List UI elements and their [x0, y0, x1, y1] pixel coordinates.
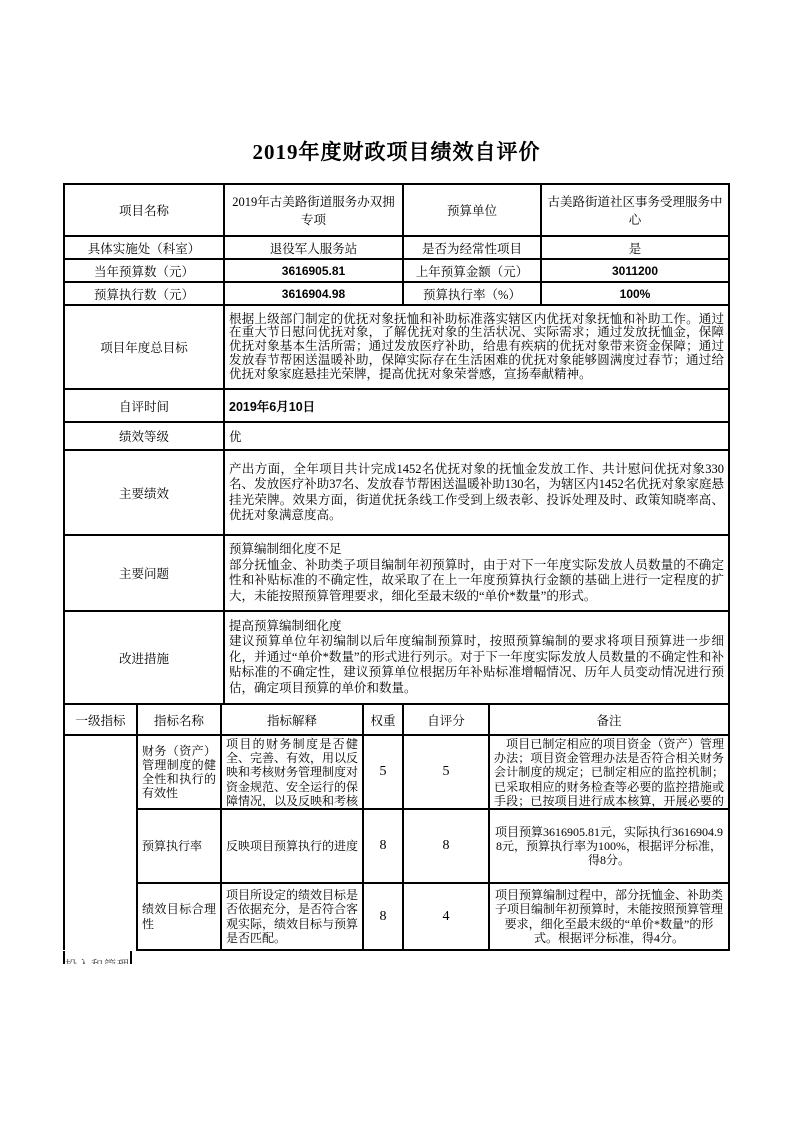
header-weight: 权重 [363, 704, 403, 735]
indicator-weight: 5 [363, 735, 403, 809]
project-name-value: 2019年古美路街道服务办双拥专项 [224, 184, 403, 236]
improvement-measures-text: 提高预算编制细化度 建议预算单位年初编制以后年度编制预算时，按照预算编制的要求将… [224, 611, 729, 704]
indicator-score: 8 [403, 809, 489, 883]
implement-dept-label: 具体实施处（科室） [64, 236, 224, 259]
table-row: 当年预算数（元） 3616905.81 上年预算金额（元） 3011200 [64, 259, 729, 282]
project-name-label: 项目名称 [64, 184, 224, 236]
self-eval-date-value: 2019年6月10日 [224, 389, 729, 422]
budget-unit-value: 古美路街道社区事务受理服务中心 [541, 184, 729, 236]
indicator-name: 财务（资产）管理制度的健全性和执行的有效性 [137, 735, 221, 809]
execution-amount-value: 3616904.98 [224, 282, 403, 305]
level1-indicator-clipped-label: 投入和管理 [65, 959, 130, 964]
page-title: 2019年度财政项目绩效自评价 [0, 136, 793, 166]
indicator-table: 一级指标 指标名称 指标解释 权重 自评分 备注 财务（资产）管理制度的健全性和… [63, 703, 730, 951]
indicator-weight: 8 [363, 883, 403, 950]
header-indicator-name: 指标名称 [137, 704, 221, 735]
indicator-name: 预算执行率 [137, 809, 221, 883]
table-row: 项目名称 2019年古美路街道服务办双拥专项 预算单位 古美路街道社区事务受理服… [64, 184, 729, 236]
indicator-row: 财务（资产）管理制度的健全性和执行的有效性 项目的财务制度是否健全、完善、有效，… [64, 735, 729, 809]
prev-budget-label: 上年预算金额（元） [403, 259, 541, 282]
execution-rate-value: 100% [541, 282, 729, 305]
annual-goal-text: 根据上级部门制定的优抚对象抚恤和补助标准落实辖区内优抚对象抚恤和补助工作。通过在… [224, 305, 729, 389]
table-row: 改进措施 提高预算编制细化度 建议预算单位年初编制以后年度编制预算时，按照预算编… [64, 611, 729, 704]
indicator-name: 绩效目标合理性 [137, 883, 221, 950]
main-achievements-label: 主要绩效 [64, 450, 224, 535]
performance-grade-value: 优 [224, 422, 729, 450]
recurring-project-value: 是 [541, 236, 729, 259]
implement-dept-value: 退役军人服务站 [224, 236, 403, 259]
table-row: 绩效等级 优 [64, 422, 729, 450]
current-budget-value: 3616905.81 [224, 259, 403, 282]
indicator-score: 5 [403, 735, 489, 809]
main-problems-label: 主要问题 [64, 535, 224, 611]
execution-amount-label: 预算执行数（元） [64, 282, 224, 305]
main-problems-text: 预算编制细化度不足 部分抚恤金、补助类子项目编制年初预算时，由于对下一年度实际发… [224, 535, 729, 611]
execution-rate-label: 预算执行率（%） [403, 282, 541, 305]
document-page: 2019年度财政项目绩效自评价 项目名称 2019年古美路街道服务办双拥专项 预… [0, 0, 793, 1122]
indicator-remark: 项目预算3616905.81元，实际执行3616904.98元，预算执行率为10… [489, 809, 729, 883]
indicator-weight: 8 [363, 809, 403, 883]
table-row: 预算执行数（元） 3616904.98 预算执行率（%） 100% [64, 282, 729, 305]
indicator-row: 绩效目标合理性 项目所设定的绩效目标是否依据充分，是否符合客观实际，绩效目标与预… [64, 883, 729, 950]
table-row: 主要绩效 产出方面，全年项目共计完成1452名优抚对象的抚恤金发放工作、共计慰问… [64, 450, 729, 535]
indicator-row: 预算执行率 反映项目预算执行的进度 8 8 项目预算3616905.81元，实际… [64, 809, 729, 883]
budget-unit-label: 预算单位 [403, 184, 541, 236]
current-budget-label: 当年预算数（元） [64, 259, 224, 282]
annual-goal-label: 项目年度总目标 [64, 305, 224, 389]
indicator-explanation: 项目的财务制度是否健全、完善、有效，用以反映和考核财务管理制度对资金规范、安全运… [221, 735, 363, 809]
main-achievements-text: 产出方面，全年项目共计完成1452名优抚对象的抚恤金发放工作、共计慰问优抚对象3… [224, 450, 729, 535]
table-row: 自评时间 2019年6月10日 [64, 389, 729, 422]
recurring-project-label: 是否为经常性项目 [403, 236, 541, 259]
header-level1-indicator: 一级指标 [64, 704, 137, 735]
table-row: 具体实施处（科室） 退役军人服务站 是否为经常性项目 是 [64, 236, 729, 259]
indicator-explanation: 反映项目预算执行的进度 [221, 809, 363, 883]
level1-indicator-merged-cell [64, 735, 137, 950]
level1-indicator-clipped-cell: 投入和管理 [63, 951, 132, 964]
indicator-remark: 项目已制定相应的项目资金（资产）管理办法；项目资金管理办法是否符合相关财务会计制… [489, 735, 729, 809]
indicator-remark: 项目预算编制过程中，部分抚恤金、补助类子项目编制年初预算时，未能按照预算管理要求… [489, 883, 729, 950]
improvement-measures-label: 改进措施 [64, 611, 224, 704]
indicator-score: 4 [403, 883, 489, 950]
prev-budget-value: 3011200 [541, 259, 729, 282]
header-indicator-explanation: 指标解释 [221, 704, 363, 735]
form-tables: 项目名称 2019年古美路街道服务办双拥专项 预算单位 古美路街道社区事务受理服… [63, 183, 728, 964]
performance-grade-label: 绩效等级 [64, 422, 224, 450]
table-row: 主要问题 预算编制细化度不足 部分抚恤金、补助类子项目编制年初预算时，由于对下一… [64, 535, 729, 611]
header-self-score: 自评分 [403, 704, 489, 735]
table-row: 项目年度总目标 根据上级部门制定的优抚对象抚恤和补助标准落实辖区内优抚对象抚恤和… [64, 305, 729, 389]
info-table: 项目名称 2019年古美路街道服务办双拥专项 预算单位 古美路街道社区事务受理服… [63, 183, 730, 705]
self-eval-date-label: 自评时间 [64, 389, 224, 422]
indicator-explanation: 项目所设定的绩效目标是否依据充分，是否符合客观实际，绩效目标与预算是否匹配。 [221, 883, 363, 950]
indicator-header-row: 一级指标 指标名称 指标解释 权重 自评分 备注 [64, 704, 729, 735]
header-remark: 备注 [489, 704, 729, 735]
